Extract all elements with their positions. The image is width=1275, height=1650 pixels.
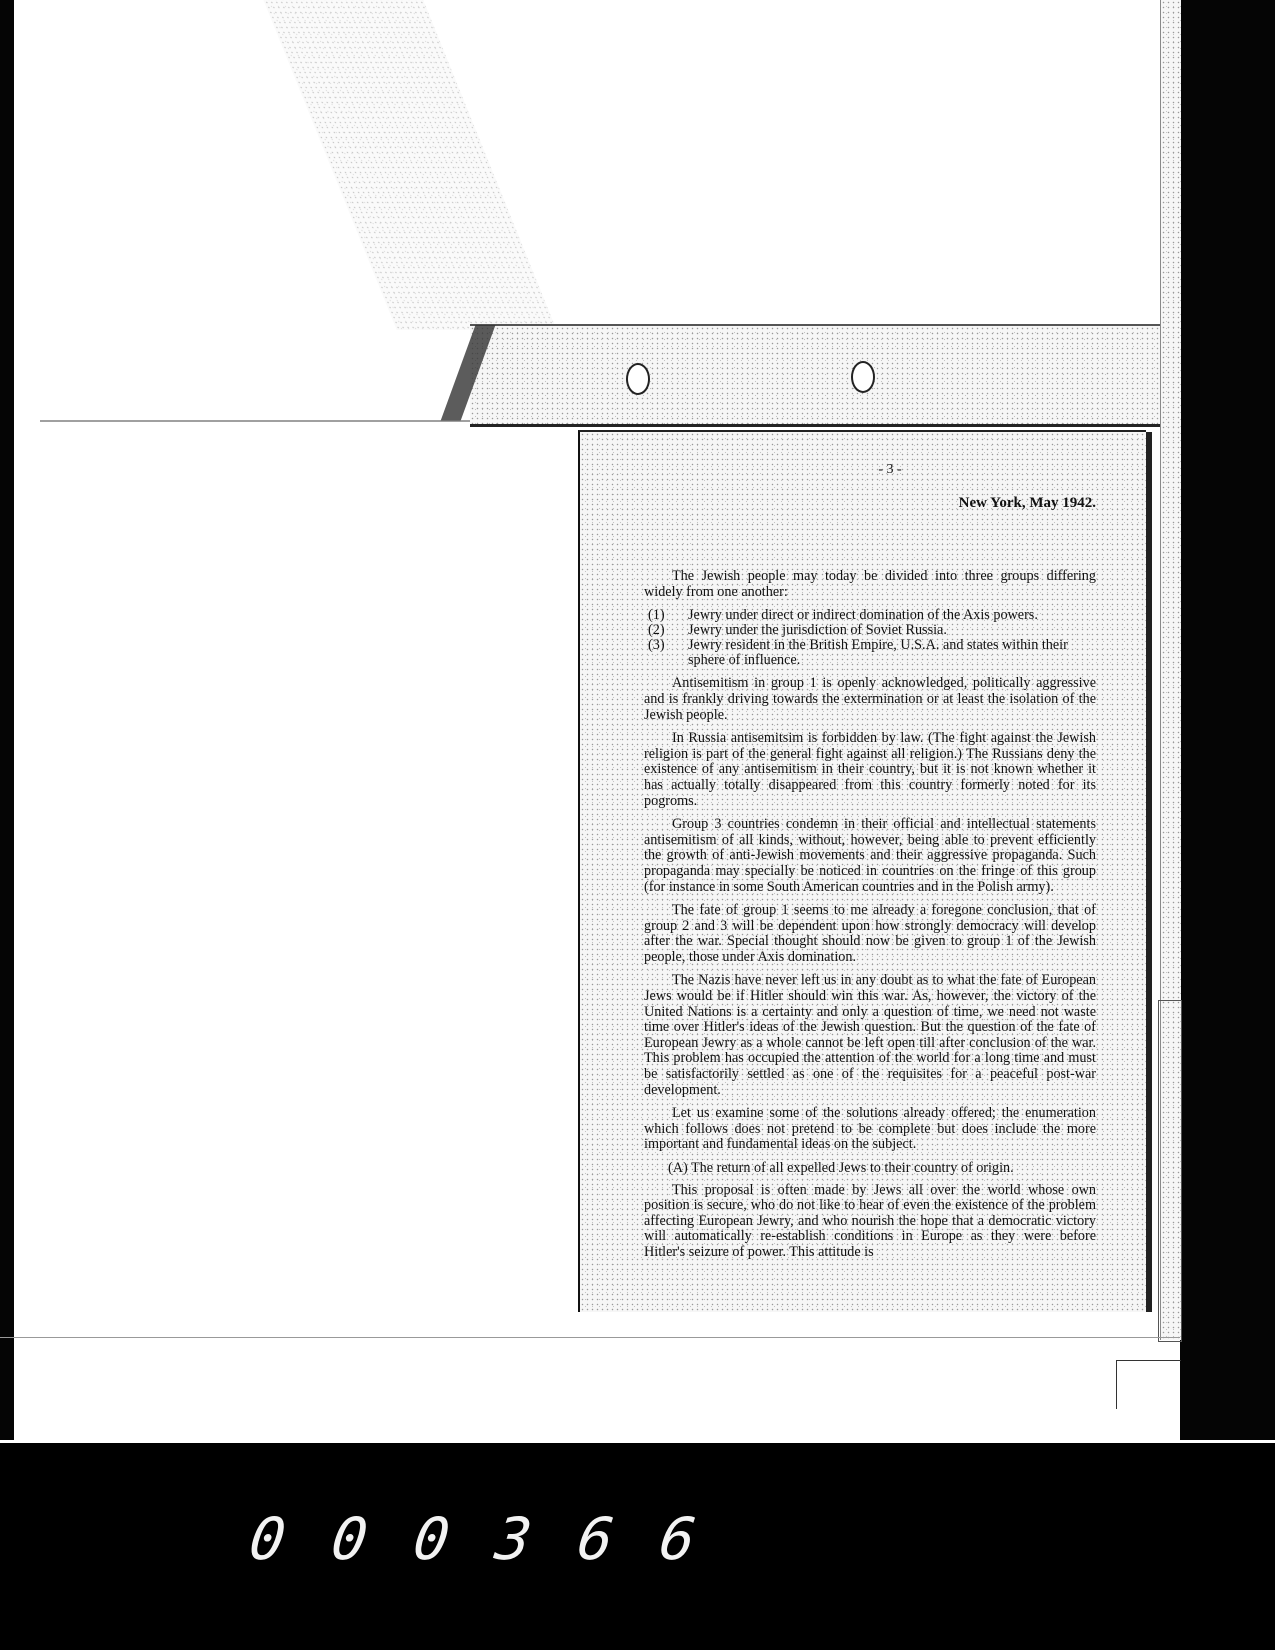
paragraph-fate: The fate of group 1 seems to me already … (644, 903, 1096, 965)
page-edge-shadow (1146, 432, 1152, 1312)
list-item: (1) Jewry under direct or indirect domin… (644, 608, 1096, 623)
punch-hole-icon (851, 361, 875, 393)
paragraph-group-1: Antisemitism in group 1 is openly acknow… (644, 676, 1096, 723)
frame-digit: 0 (245, 1505, 291, 1573)
scan-left-rule (40, 420, 470, 422)
frame-digit: 6 (655, 1505, 701, 1573)
paragraph-proposal: This proposal is often made by Jews all … (644, 1183, 1096, 1261)
paragraph-russia: In Russia antisemitsim is forbidden by l… (644, 731, 1096, 809)
punch-hole-icon (626, 363, 650, 395)
list-text: Jewry resident in the British Empire, U.… (688, 638, 1096, 668)
frame-digit: 0 (409, 1505, 455, 1573)
page-number: - 3 - (684, 462, 1096, 478)
list-item: (2) Jewry under the jurisdiction of Sovi… (644, 623, 1096, 638)
scan-top-band (470, 324, 1180, 427)
list-text: Jewry under the jurisdiction of Soviet R… (688, 623, 1096, 638)
groups-list: (1) Jewry under direct or indirect domin… (644, 608, 1096, 668)
scan-left-edge (0, 0, 14, 1440)
paragraph-solutions: Let us examine some of the solutions alr… (644, 1106, 1096, 1153)
section-heading-a: (A) The return of all expelled Jews to t… (644, 1161, 1096, 1177)
scan-sub-panel (1158, 1000, 1182, 1342)
scan-footer-box (1116, 1360, 1181, 1409)
scan-footer-line (0, 1337, 1180, 1338)
paragraph-intro: The Jewish people may today be divided i… (644, 569, 1096, 600)
scan-smear (263, 0, 556, 330)
frame-digit: 6 (573, 1505, 619, 1573)
list-number: (1) (644, 608, 688, 623)
paragraph-nazis: The Nazis have never left us in any doub… (644, 973, 1096, 1098)
document-page: - 3 - New York, May 1942. The Jewish peo… (578, 430, 1146, 1312)
list-number: (3) (644, 638, 688, 668)
list-text: Jewry under direct or indirect dominatio… (688, 608, 1096, 623)
scan-right-edge (1180, 0, 1275, 1440)
frame-number: 0 0 0 3 6 6 (250, 1505, 696, 1573)
frame-digit: 3 (491, 1505, 537, 1573)
list-item: (3) Jewry resident in the British Empire… (644, 638, 1096, 668)
page-content: - 3 - New York, May 1942. The Jewish peo… (644, 462, 1096, 1269)
frame-digit: 0 (327, 1505, 373, 1573)
paragraph-group-3: Group 3 countries condemn in their offic… (644, 817, 1096, 895)
list-number: (2) (644, 623, 688, 638)
dateline: New York, May 1942. (644, 496, 1096, 512)
